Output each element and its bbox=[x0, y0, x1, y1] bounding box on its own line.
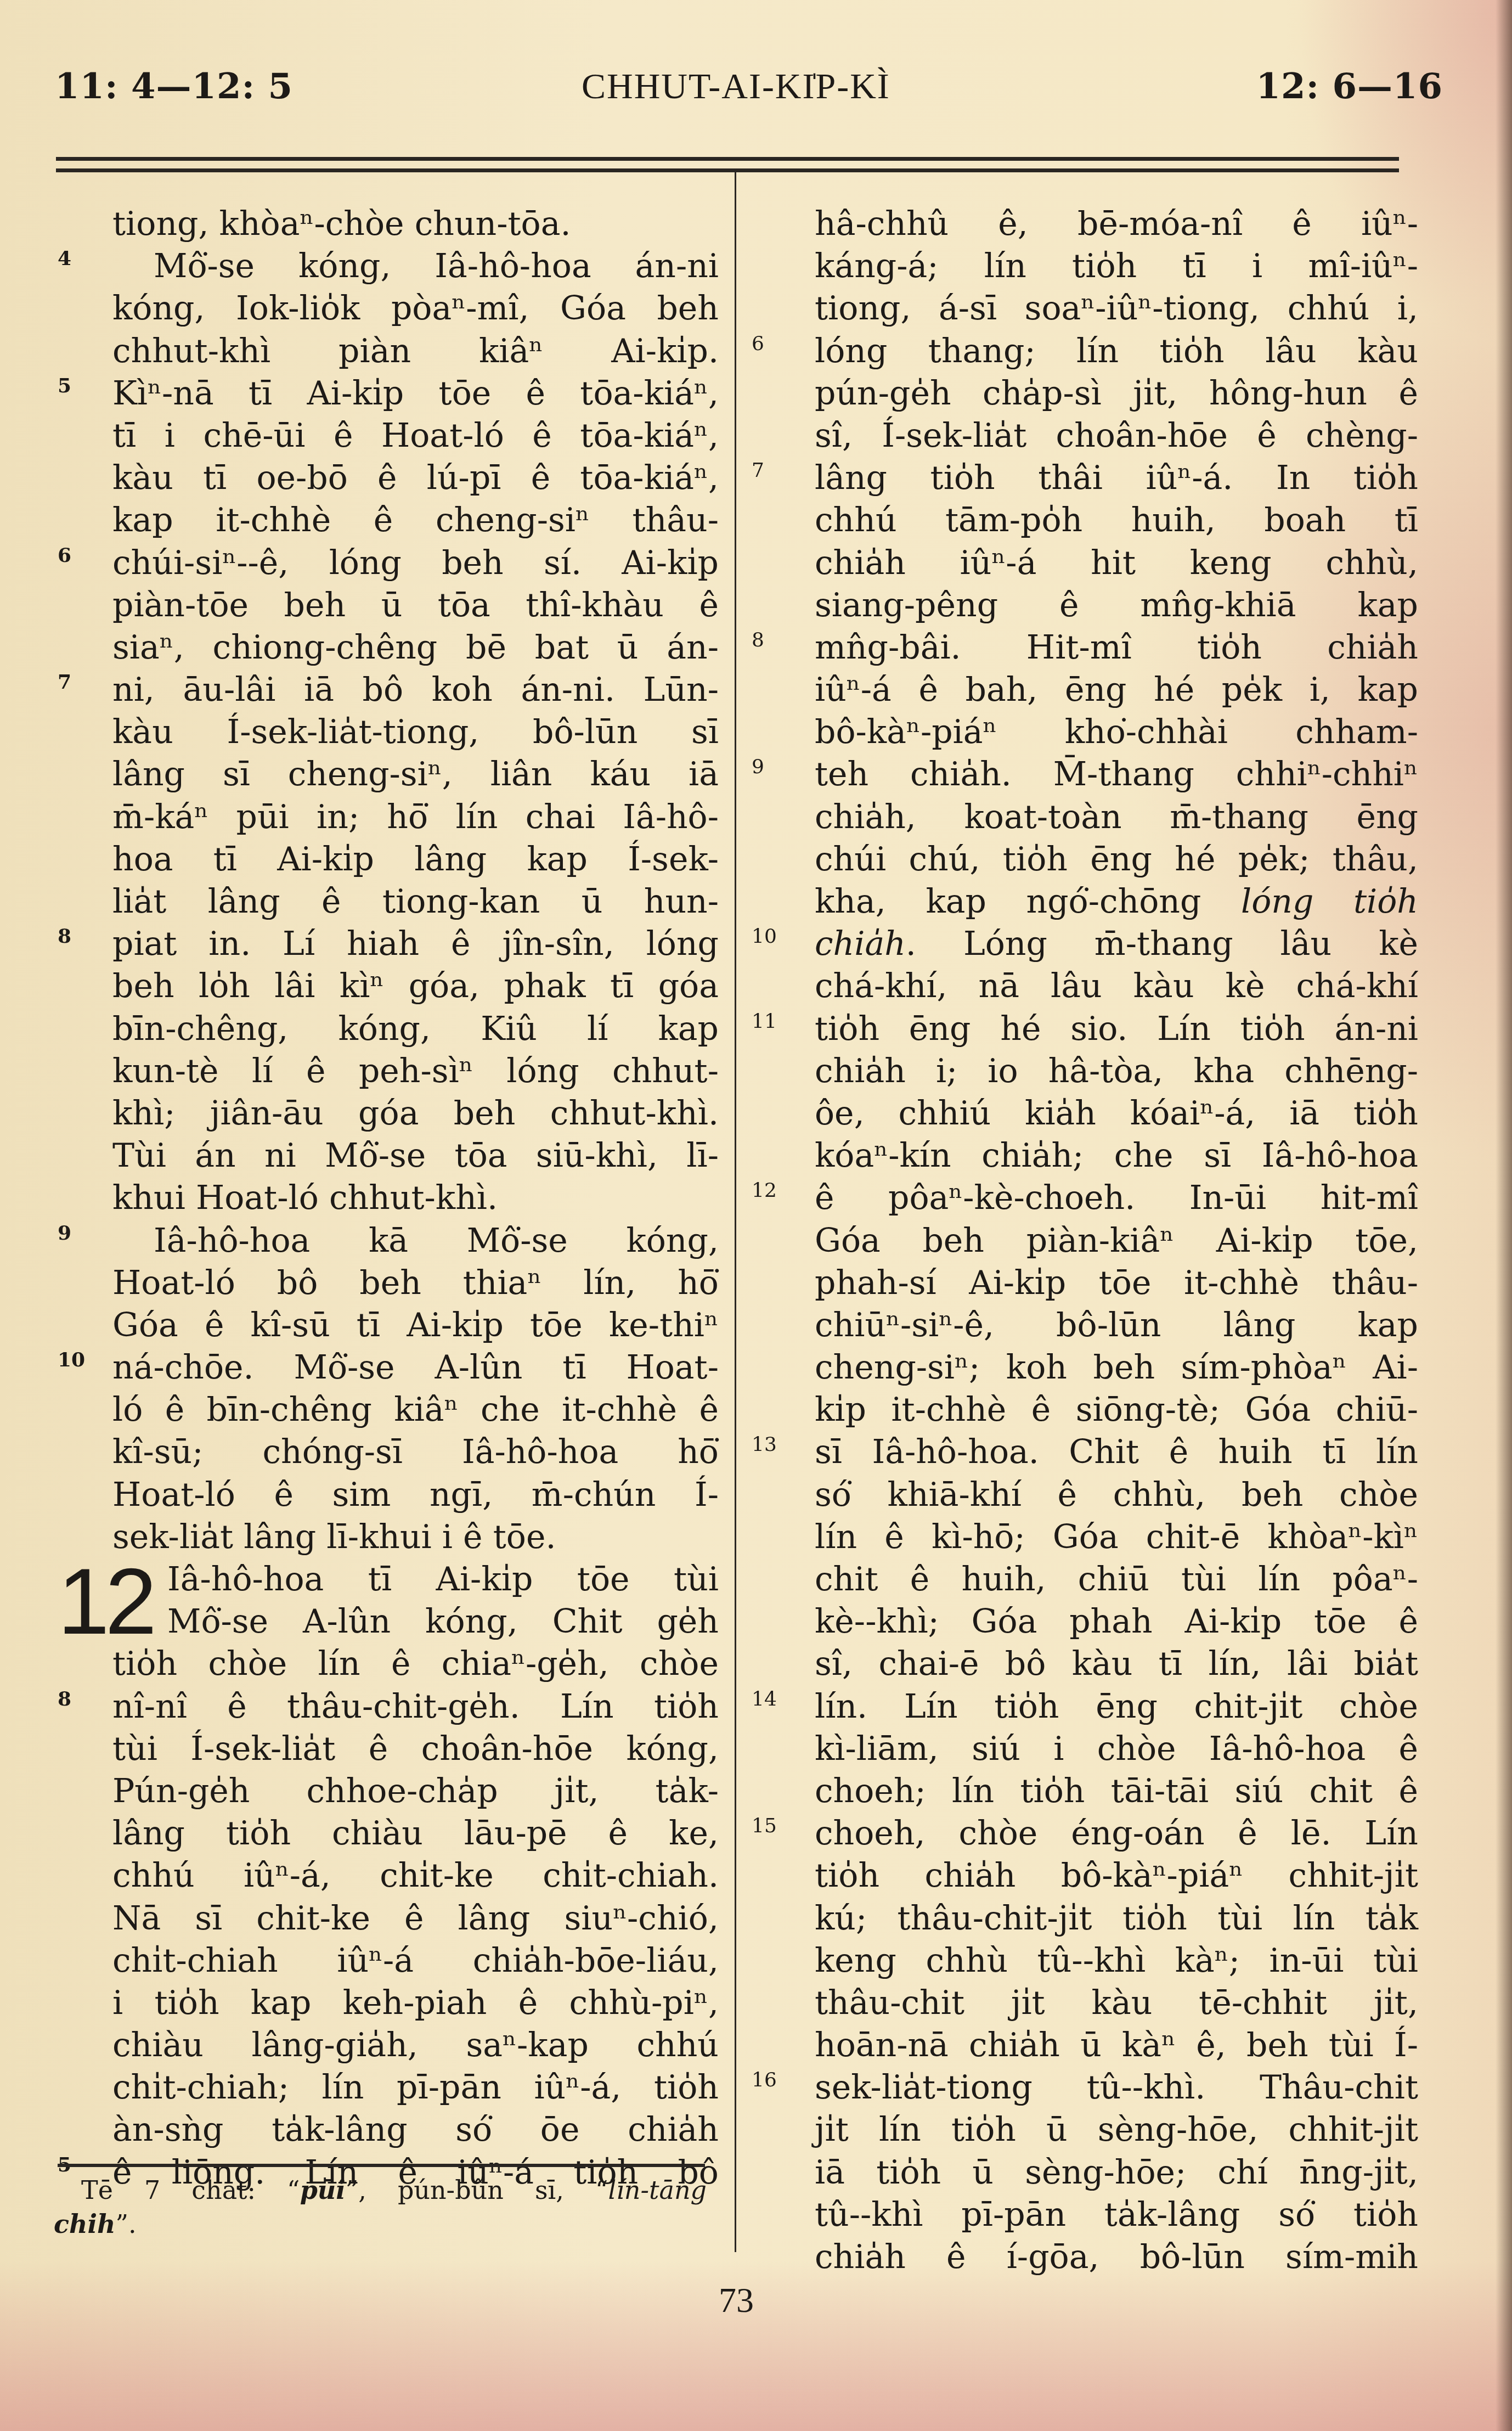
line-text: bô-kàⁿ-piáⁿ kho͘-chhài chham- bbox=[815, 713, 1418, 751]
text-line: 8piat in. Lí hiah ê jîn-sîn, lóng bbox=[112, 923, 719, 965]
line-text: kú; thâu-chit-ji̍t tio̍h tùi lín ta̍k bbox=[815, 1899, 1418, 1938]
text-line: piàn-tōe beh ū tōa thî-khàu ê bbox=[112, 584, 719, 627]
verse-number: 5 bbox=[58, 365, 71, 407]
text-line: kì-liām, siú i chòe Iâ-hô-hoa ê bbox=[815, 1728, 1418, 1770]
text-line: 16sek-lia̍t-tiong tû--khì. Thâu-chit bbox=[815, 2067, 1418, 2109]
line-text: khì; jiân-āu góa beh chhut-khì. bbox=[112, 1094, 719, 1133]
text-line: siaⁿ, chiong-chêng bē bat ū án- bbox=[112, 627, 719, 669]
line-text: Góa beh piàn-kiâⁿ Ai-ki̍p tōe, bbox=[815, 1222, 1418, 1260]
text-line: thâu-chit ji̍t kàu tē-chhit ji̍t, bbox=[815, 1982, 1418, 2024]
text-line: ôe, chhiú kia̍h kóaiⁿ-á, iā tio̍h bbox=[815, 1093, 1418, 1135]
line-text: lâng tio̍h thâi iûⁿ-á. In tio̍h bbox=[815, 459, 1418, 497]
text-line: iā tio̍h ū sèng-hōe; chí n̄ng-ji̍t, bbox=[815, 2152, 1418, 2194]
text-line: Góa beh piàn-kiâⁿ Ai-ki̍p tōe, bbox=[815, 1220, 1418, 1262]
text-line: chi̍t-chiah; lín pī-pān iûⁿ-á, tio̍h bbox=[112, 2067, 719, 2109]
text-line: kî-sū; chóng-sī Iâ-hô-hoa hō͘ bbox=[112, 1431, 719, 1473]
line-text: pún-ge̍h cha̍p-sì ji̍t, hông-hun ê bbox=[815, 374, 1418, 413]
footnote-line-2: chih”. bbox=[54, 2207, 707, 2241]
header-book-title: CHHUT-AI-KI̍P-KÌ bbox=[582, 66, 890, 108]
text-line: 15choeh, chòe éng-oán ê lē. Lín bbox=[815, 1813, 1418, 1855]
line-text: chhú tām-po̍h huih, boah tī bbox=[815, 501, 1418, 539]
text-line: kàu tī oe-bō ê lú-pī ê tōa-kiáⁿ, bbox=[112, 457, 719, 499]
line-text: chiàu lâng-gia̍h, saⁿ-kap chhú bbox=[112, 2026, 719, 2064]
line-text: kî-sū; chóng-sī Iâ-hô-hoa hō͘ bbox=[112, 1433, 719, 1471]
verse-number: 8 bbox=[752, 619, 764, 661]
text-line: i tio̍h kap keh-piah ê chhù-piⁿ, bbox=[112, 1982, 719, 2024]
line-text: piat in. Lí hiah ê jîn-sîn, lóng bbox=[112, 925, 719, 963]
line-text: Iâ-hô-hoa tī Ai-ki̍p tōe tùi bbox=[167, 1560, 719, 1599]
text-line: chi̍t-chiah iûⁿ-á chia̍h-bōe-liáu, bbox=[112, 1940, 719, 1982]
line-text: lóng thang; lín tio̍h lâu kàu bbox=[815, 332, 1418, 370]
line-text: chia̍h, koat-toàn m̄-thang ēng bbox=[815, 798, 1418, 836]
line-text: chia̍h. Lóng m̄-thang lâu kè bbox=[815, 925, 1418, 963]
line-text: ji̍t lín tio̍h ū sèng-hōe, chhit-ji̍t bbox=[815, 2111, 1418, 2149]
text-line: khì; jiân-āu góa beh chhut-khì. bbox=[112, 1093, 719, 1135]
text-line: 6lóng thang; lín tio̍h lâu kàu bbox=[815, 330, 1418, 373]
verse-number: 9 bbox=[58, 1212, 71, 1254]
text-line: sî, chai-ē bô kàu tī lín, lâi bia̍t bbox=[815, 1643, 1418, 1685]
line-text: kóaⁿ-kín chia̍h; che sī Iâ-hô-hoa bbox=[815, 1136, 1418, 1175]
text-line: 9Iâ-hô-hoa kā Mô͘-se kóng, bbox=[112, 1220, 719, 1262]
text-line: beh lo̍h lâi kìⁿ góa, phak tī góa bbox=[112, 965, 719, 1008]
line-text: kun-tè lí ê peh-sìⁿ lóng chhut- bbox=[112, 1052, 719, 1090]
text-line: káng-á; lín tio̍h tī i mî-iûⁿ- bbox=[815, 245, 1418, 288]
line-text: Kìⁿ-nā tī Ai-ki̍p tōe ê tōa-kiáⁿ, bbox=[112, 374, 719, 413]
text-line: 8mn̂g-bâi. Hit-mî tio̍h chia̍h bbox=[815, 627, 1418, 669]
footnote-italic-term: pūi bbox=[300, 2175, 346, 2205]
line-text: i tio̍h kap keh-piah ê chhù-piⁿ, bbox=[112, 1984, 719, 2022]
text-line: 13sī Iâ-hô-hoa. Chit ê huih tī lín bbox=[815, 1431, 1418, 1473]
line-text: hoān-nā chia̍h ū kàⁿ ê, beh tùi Í- bbox=[815, 2026, 1418, 2064]
line-text: chia̍h ê í-gōa, bô-lūn sím-mih bbox=[815, 2238, 1418, 2276]
text-line: chá-khí, nā lâu kàu kè chá-khí bbox=[815, 965, 1418, 1008]
text-line: khui Hoat-ló chhut-khì. bbox=[112, 1177, 719, 1219]
line-text: nî-nî ê thâu-chit-ge̍h. Lín tio̍h bbox=[112, 1687, 719, 1726]
footnote-text: Tē 7 chat: “ bbox=[81, 2175, 300, 2205]
text-line: tû--khì pī-pān ta̍k-lâng só͘ tio̍h bbox=[815, 2194, 1418, 2236]
text-line: sî, Í-sek-lia̍t choân-hōe ê chèng- bbox=[815, 415, 1418, 457]
text-line: Góa ê kî-sū tī Ai-ki̍p tōe ke-thiⁿ bbox=[112, 1304, 719, 1347]
text-line: kun-tè lí ê peh-sìⁿ lóng chhut- bbox=[112, 1050, 719, 1093]
text-line: lín ê kì-hō; Góa chit-ē khòaⁿ-kìⁿ bbox=[815, 1516, 1418, 1558]
text-line: sek-lia̍t lâng lī-khui i ê tōe. bbox=[112, 1516, 719, 1558]
text-line: lia̍t lâng ê tiong-kan ū hun- bbox=[112, 881, 719, 923]
text-line: kóaⁿ-kín chia̍h; che sī Iâ-hô-hoa bbox=[815, 1135, 1418, 1177]
text-line: ló ê bīn-chêng kiâⁿ che it-chhè ê bbox=[112, 1389, 719, 1431]
line-text: tio̍h chòe lín ê chiaⁿ-ge̍h, chòe bbox=[112, 1645, 719, 1683]
line-text: chhut-khì piàn kiâⁿ Ai-ki̍p. bbox=[112, 332, 719, 370]
line-text: iā tio̍h ū sèng-hōe; chí n̄ng-ji̍t, bbox=[815, 2153, 1418, 2192]
text-line: só͘ khiā-khí ê chhù, beh chòe bbox=[815, 1474, 1418, 1516]
line-text: ôe, chhiú kia̍h kóaiⁿ-á, iā tio̍h bbox=[815, 1094, 1418, 1133]
column-divider bbox=[735, 172, 736, 2252]
text-line: hoa tī Ai-ki̍p lâng kap Í-sek- bbox=[112, 839, 719, 881]
text-line: chúi chú, tio̍h ēng hé pe̍k; thâu, bbox=[815, 839, 1418, 881]
footnote-italic-term: chih bbox=[54, 2209, 115, 2239]
line-text: Nā sī chit-ke ê lâng siuⁿ-chió, bbox=[112, 1899, 719, 1938]
line-text: thâu-chit ji̍t kàu tē-chhit ji̍t, bbox=[815, 1984, 1418, 2022]
line-text: chúi-siⁿ--ê, lóng beh sí. Ai-ki̍p bbox=[112, 544, 719, 582]
text-line: 12Iâ-hô-hoa tī Ai-ki̍p tōe tùi bbox=[112, 1558, 719, 1601]
text-line: Tùi án ni Mô͘-se tōa siū-khì, lī- bbox=[112, 1135, 719, 1177]
line-text: ná-chōe. Mô͘-se A-lûn tī Hoat- bbox=[112, 1348, 719, 1387]
text-line: chiàu lâng-gia̍h, saⁿ-kap chhú bbox=[112, 2024, 719, 2067]
header-double-rule bbox=[56, 157, 1399, 172]
text-line: Pún-ge̍h chhoe-cha̍p ji̍t, ta̍k- bbox=[112, 1770, 719, 1813]
line-text: Iâ-hô-hoa kā Mô͘-se kóng, bbox=[154, 1222, 719, 1260]
line-text: sek-lia̍t lâng lī-khui i ê tōe. bbox=[112, 1518, 556, 1556]
text-line: Nā sī chit-ke ê lâng siuⁿ-chió, bbox=[112, 1898, 719, 1940]
line-text: ni, āu-lâi iā bô koh án-ni. Lūn- bbox=[112, 671, 719, 709]
verse-number: 7 bbox=[58, 661, 71, 704]
text-line: chhú iûⁿ-á, chi̍t-ke chi̍t-chiah. bbox=[112, 1855, 719, 1897]
text-line: 8nî-nî ê thâu-chit-ge̍h. Lín tio̍h bbox=[112, 1686, 719, 1728]
text-line: tùi Í-sek-lia̍t ê choân-hōe kóng, bbox=[112, 1728, 719, 1770]
left-text-column: tiong, khòaⁿ-chòe chun-tōa.4Mô͘-se kóng,… bbox=[112, 203, 719, 2194]
line-text: hoa tī Ai-ki̍p lâng kap Í-sek- bbox=[112, 840, 719, 879]
line-text: chi̍t-chiah; lín pī-pān iûⁿ-á, tio̍h bbox=[112, 2068, 719, 2107]
verse-number: 6 bbox=[58, 534, 71, 577]
line-text: Pún-ge̍h chhoe-cha̍p ji̍t, ta̍k- bbox=[112, 1772, 719, 1810]
text-line: tī i chē-ūi ê Hoat-ló ê tōa-kiáⁿ, bbox=[112, 415, 719, 457]
line-text: piàn-tōe beh ū tōa thî-khàu ê bbox=[112, 586, 719, 624]
text-line: 6chúi-siⁿ--ê, lóng beh sí. Ai-ki̍p bbox=[112, 542, 719, 584]
text-line: iûⁿ-á ê bah, ēng hé pe̍k i, kap bbox=[815, 669, 1418, 711]
text-line: cheng-siⁿ; koh beh sím-phòaⁿ Ai- bbox=[815, 1347, 1418, 1389]
text-line: tio̍h chia̍h bô-kàⁿ-piáⁿ chhit-ji̍t bbox=[815, 1855, 1418, 1897]
line-text: teh chia̍h. M̄-thang chhiⁿ-chhiⁿ bbox=[815, 755, 1418, 794]
verse-number: 13 bbox=[752, 1423, 777, 1466]
text-line: kha, kap ngó͘-chōng lóng tio̍h bbox=[815, 881, 1418, 923]
text-line: tiong, khòaⁿ-chòe chun-tōa. bbox=[112, 203, 719, 245]
footnote-text: ”, pún-bûn sī, “ bbox=[346, 2175, 608, 2205]
line-text: chit ê huih, chiū tùi lín pôaⁿ- bbox=[815, 1560, 1418, 1599]
text-line: tiong, á-sī soaⁿ-iûⁿ-tiong, chhú i, bbox=[815, 288, 1418, 330]
text-line: 10ná-chōe. Mô͘-se A-lûn tī Hoat- bbox=[112, 1347, 719, 1389]
text-line: 14lín. Lín tio̍h ēng chit-ji̍t chòe bbox=[815, 1686, 1418, 1728]
verse-number: 8 bbox=[58, 915, 71, 958]
text-line: keng chhù tû--khì kàⁿ; in-ūi tùi bbox=[815, 1940, 1418, 1982]
footnote-text: ”. bbox=[115, 2209, 136, 2239]
line-text: Hoat-ló bô beh thiaⁿ lín, hō͘ bbox=[112, 1264, 719, 1302]
line-text: choeh, chòe éng-oán ê lē. Lín bbox=[815, 1814, 1418, 1853]
text-line: kap it-chhè ê cheng-siⁿ thâu- bbox=[112, 499, 719, 542]
text-line: chia̍h ê í-gōa, bô-lūn sím-mih bbox=[815, 2236, 1418, 2278]
text-line: 11tio̍h ēng hé sio. Lín tio̍h án-ni bbox=[815, 1008, 1418, 1050]
text-line: ki̍p it-chhè ê siōng-tè; Góa chiū- bbox=[815, 1389, 1418, 1431]
text-line: hâ-chhû ê, bē-móa-nî ê iûⁿ- bbox=[815, 203, 1418, 245]
line-text: chúi chú, tio̍h ēng hé pe̍k; thâu, bbox=[815, 840, 1418, 879]
header-left-reference: 11: 4—12: 5 bbox=[55, 66, 293, 107]
text-line: 9teh chia̍h. M̄-thang chhiⁿ-chhiⁿ bbox=[815, 753, 1418, 796]
verse-number: 11 bbox=[752, 1000, 777, 1043]
text-line: 12ê pôaⁿ-kè-choeh. In-ūi hit-mî bbox=[815, 1177, 1418, 1219]
text-line: Hoat-ló bô beh thiaⁿ lín, hō͘ bbox=[112, 1262, 719, 1304]
verse-number: 9 bbox=[752, 746, 764, 788]
line-text: chia̍h iûⁿ-á hit keng chhù, bbox=[815, 544, 1418, 582]
line-text: sî, chai-ē bô kàu tī lín, lâi bia̍t bbox=[815, 1645, 1418, 1683]
line-text: kóng, Iok-lio̍k pòaⁿ-mî, Góa beh bbox=[112, 289, 719, 328]
line-text: Mô͘-se kóng, Iâ-hô-hoa án-ni bbox=[154, 247, 719, 285]
line-text: Hoat-ló ê sim ngī, m̄-chún Í- bbox=[112, 1476, 719, 1514]
line-text: beh lo̍h lâi kìⁿ góa, phak tī góa bbox=[112, 967, 719, 1005]
text-line: chia̍h, koat-toàn m̄-thang ēng bbox=[815, 796, 1418, 839]
line-text: keng chhù tû--khì kàⁿ; in-ūi tùi bbox=[815, 1942, 1418, 1980]
line-text: ki̍p it-chhè ê siōng-tè; Góa chiū- bbox=[815, 1391, 1418, 1429]
line-text: Góa ê kî-sū tī Ai-ki̍p tōe ke-thiⁿ bbox=[112, 1306, 719, 1344]
text-line: 10chia̍h. Lóng m̄-thang lâu kè bbox=[815, 923, 1418, 965]
line-text: tio̍h ēng hé sio. Lín tio̍h án-ni bbox=[815, 1010, 1418, 1048]
text-line: 4Mô͘-se kóng, Iâ-hô-hoa án-ni bbox=[112, 245, 719, 288]
text-line: siang-pêng ê mn̂g-khiā kap bbox=[815, 584, 1418, 627]
line-text: lia̍t lâng ê tiong-kan ū hun- bbox=[112, 882, 719, 921]
text-line: 5Kìⁿ-nā tī Ai-ki̍p tōe ê tōa-kiáⁿ, bbox=[112, 373, 719, 415]
book-page: 11: 4—12: 5 CHHUT-AI-KI̍P-KÌ 12: 6—16 ti… bbox=[0, 0, 1512, 2431]
header-right-reference: 12: 6—16 bbox=[1256, 66, 1443, 107]
text-line: kóng, Iok-lio̍k pòaⁿ-mî, Góa beh bbox=[112, 288, 719, 330]
text-line: ji̍t lín tio̍h ū sèng-hōe, chhit-ji̍t bbox=[815, 2109, 1418, 2151]
text-line: àn-sǹg ta̍k-lâng só͘ ōe chia̍h bbox=[112, 2109, 719, 2151]
line-text: sî, Í-sek-lia̍t choân-hōe ê chèng- bbox=[815, 417, 1418, 455]
verse-number: 16 bbox=[752, 2059, 777, 2101]
text-line: Hoat-ló ê sim ngī, m̄-chún Í- bbox=[112, 1474, 719, 1516]
text-line: chia̍h iûⁿ-á hit keng chhù, bbox=[815, 542, 1418, 584]
verse-number: 14 bbox=[752, 1678, 777, 1720]
text-line: 7ni, āu-lâi iā bô koh án-ni. Lūn- bbox=[112, 669, 719, 711]
text-line: bīn-chêng, kóng, Kiû lí kap bbox=[112, 1008, 719, 1050]
line-text: Mô͘-se A-lûn kóng, Chit ge̍h bbox=[167, 1602, 719, 1641]
line-text: ê pôaⁿ-kè-choeh. In-ūi hit-mî bbox=[815, 1179, 1418, 1217]
line-text: chá-khí, nā lâu kàu kè chá-khí bbox=[815, 967, 1418, 1005]
text-line: chit ê huih, chiū tùi lín pôaⁿ- bbox=[815, 1558, 1418, 1601]
verse-number: 15 bbox=[752, 1805, 777, 1847]
line-text: choeh; lín tio̍h tāi-tāi siú chit ê bbox=[815, 1772, 1418, 1810]
text-line: phah-sí Ai-ki̍p tōe it-chhè thâu- bbox=[815, 1262, 1418, 1304]
text-line: hoān-nā chia̍h ū kàⁿ ê, beh tùi Í- bbox=[815, 2024, 1418, 2067]
line-text: tiong, khòaⁿ-chòe chun-tōa. bbox=[112, 205, 571, 243]
line-text: hâ-chhû ê, bē-móa-nî ê iûⁿ- bbox=[815, 205, 1418, 243]
line-text: khui Hoat-ló chhut-khì. bbox=[112, 1179, 498, 1217]
line-text: só͘ khiā-khí ê chhù, beh chòe bbox=[815, 1476, 1418, 1514]
line-text: tī i chē-ūi ê Hoat-ló ê tōa-kiáⁿ, bbox=[112, 417, 719, 455]
footnote-italic-term: lín-tāng bbox=[608, 2175, 707, 2205]
line-text: tùi Í-sek-lia̍t ê choân-hōe kóng, bbox=[112, 1730, 719, 1768]
footnote: Tē 7 chat: “pūi”, pún-bûn sī, “lín-tāng … bbox=[81, 2173, 707, 2241]
line-text: siang-pêng ê mn̂g-khiā kap bbox=[815, 586, 1418, 624]
line-text: iûⁿ-á ê bah, ēng hé pe̍k i, kap bbox=[815, 671, 1418, 709]
verse-number: 10 bbox=[58, 1339, 85, 1381]
verse-number: 8 bbox=[58, 1678, 71, 1720]
line-text: siaⁿ, chiong-chêng bē bat ū án- bbox=[112, 628, 719, 667]
line-text: Tùi án ni Mô͘-se tōa siū-khì, lī- bbox=[112, 1136, 719, 1175]
text-line: bô-kàⁿ-piáⁿ kho͘-chhài chham- bbox=[815, 711, 1418, 753]
line-text: káng-á; lín tio̍h tī i mî-iûⁿ- bbox=[815, 247, 1418, 285]
line-text: chiūⁿ-siⁿ-ê, bô-lūn lâng kap bbox=[815, 1306, 1418, 1344]
line-text: lâng tio̍h chiàu lāu-pē ê ke, bbox=[112, 1814, 719, 1853]
line-text: tû--khì pī-pān ta̍k-lâng só͘ tio̍h bbox=[815, 2196, 1418, 2234]
line-text: sī Iâ-hô-hoa. Chit ê huih tī lín bbox=[815, 1433, 1418, 1471]
right-text-column: hâ-chhû ê, bē-móa-nî ê iûⁿ-káng-á; lín t… bbox=[815, 203, 1418, 2278]
line-text: phah-sí Ai-ki̍p tōe it-chhè thâu- bbox=[815, 1264, 1418, 1302]
line-text: m̄-káⁿ pūi in; hō͘ lín chai Iâ-hô- bbox=[112, 798, 719, 836]
line-text: lín ê kì-hō; Góa chit-ē khòaⁿ-kìⁿ bbox=[815, 1518, 1418, 1556]
text-line: choeh; lín tio̍h tāi-tāi siú chit ê bbox=[815, 1770, 1418, 1813]
page-edge-shadow bbox=[1496, 0, 1512, 2431]
line-text: kap it-chhè ê cheng-siⁿ thâu- bbox=[112, 501, 719, 539]
text-line: pún-ge̍h cha̍p-sì ji̍t, hông-hun ê bbox=[815, 373, 1418, 415]
verse-number: 12 bbox=[752, 1169, 777, 1212]
line-text: bīn-chêng, kóng, Kiû lí kap bbox=[112, 1010, 719, 1048]
line-text: chi̍t-chiah iûⁿ-á chia̍h-bōe-liáu, bbox=[112, 1942, 719, 1980]
line-text: mn̂g-bâi. Hit-mî tio̍h chia̍h bbox=[815, 628, 1418, 667]
line-text: chia̍h i; io hâ-tòa, kha chhēng- bbox=[815, 1052, 1418, 1090]
text-line: kàu Í-sek-lia̍t-tiong, bô-lūn sī bbox=[112, 711, 719, 753]
text-line: lâng tio̍h chiàu lāu-pē ê ke, bbox=[112, 1813, 719, 1855]
text-line: chhut-khì piàn kiâⁿ Ai-ki̍p. bbox=[112, 330, 719, 373]
line-text: lín. Lín tio̍h ēng chit-ji̍t chòe bbox=[815, 1687, 1418, 1726]
footnote-line-1: Tē 7 chat: “pūi”, pún-bûn sī, “lín-tāng bbox=[81, 2173, 707, 2207]
text-line: kè--khì; Góa phah Ai-ki̍p tōe ê bbox=[815, 1601, 1418, 1643]
line-text: sek-lia̍t-tiong tû--khì. Thâu-chit bbox=[815, 2068, 1418, 2107]
text-line: tio̍h chòe lín ê chiaⁿ-ge̍h, chòe bbox=[112, 1643, 719, 1685]
text-line: chiūⁿ-siⁿ-ê, bô-lūn lâng kap bbox=[815, 1304, 1418, 1347]
line-text: chhú iûⁿ-á, chi̍t-ke chi̍t-chiah. bbox=[112, 1856, 719, 1895]
line-text: kè--khì; Góa phah Ai-ki̍p tōe ê bbox=[815, 1602, 1418, 1641]
text-line: 7lâng tio̍h thâi iûⁿ-á. In tio̍h bbox=[815, 457, 1418, 499]
line-text: kì-liām, siú i chòe Iâ-hô-hoa ê bbox=[815, 1730, 1418, 1768]
verse-number: 4 bbox=[58, 238, 71, 280]
line-text: kàu tī oe-bō ê lú-pī ê tōa-kiáⁿ, bbox=[112, 459, 719, 497]
line-text: tiong, á-sī soaⁿ-iûⁿ-tiong, chhú i, bbox=[815, 289, 1418, 328]
line-text: kàu Í-sek-lia̍t-tiong, bô-lūn sī bbox=[112, 713, 719, 751]
line-text: àn-sǹg ta̍k-lâng só͘ ōe chia̍h bbox=[112, 2111, 719, 2149]
text-line: kú; thâu-chit-ji̍t tio̍h tùi lín ta̍k bbox=[815, 1898, 1418, 1940]
text-line: m̄-káⁿ pūi in; hō͘ lín chai Iâ-hô- bbox=[112, 796, 719, 839]
text-line: Mô͘-se A-lûn kóng, Chit ge̍h bbox=[112, 1601, 719, 1643]
line-text: tio̍h chia̍h bô-kàⁿ-piáⁿ chhit-ji̍t bbox=[815, 1856, 1418, 1895]
line-text: lâng sī cheng-siⁿ, liân káu iā bbox=[112, 755, 719, 794]
text-line: chhú tām-po̍h huih, boah tī bbox=[815, 499, 1418, 542]
page-number: 73 bbox=[719, 2280, 754, 2321]
verse-number: 10 bbox=[752, 915, 777, 958]
verse-number: 6 bbox=[752, 323, 764, 365]
line-text: ló ê bīn-chêng kiâⁿ che it-chhè ê bbox=[112, 1391, 719, 1429]
line-text: kha, kap ngó͘-chōng lóng tio̍h bbox=[815, 882, 1418, 921]
footnote-rule bbox=[58, 2164, 705, 2167]
line-text: cheng-siⁿ; koh beh sím-phòaⁿ Ai- bbox=[815, 1348, 1418, 1387]
verse-number: 7 bbox=[752, 449, 764, 492]
running-header: 11: 4—12: 5 CHHUT-AI-KI̍P-KÌ 12: 6—16 bbox=[55, 66, 1443, 110]
text-line: chia̍h i; io hâ-tòa, kha chhēng- bbox=[815, 1050, 1418, 1093]
text-line: lâng sī cheng-siⁿ, liân káu iā bbox=[112, 753, 719, 796]
